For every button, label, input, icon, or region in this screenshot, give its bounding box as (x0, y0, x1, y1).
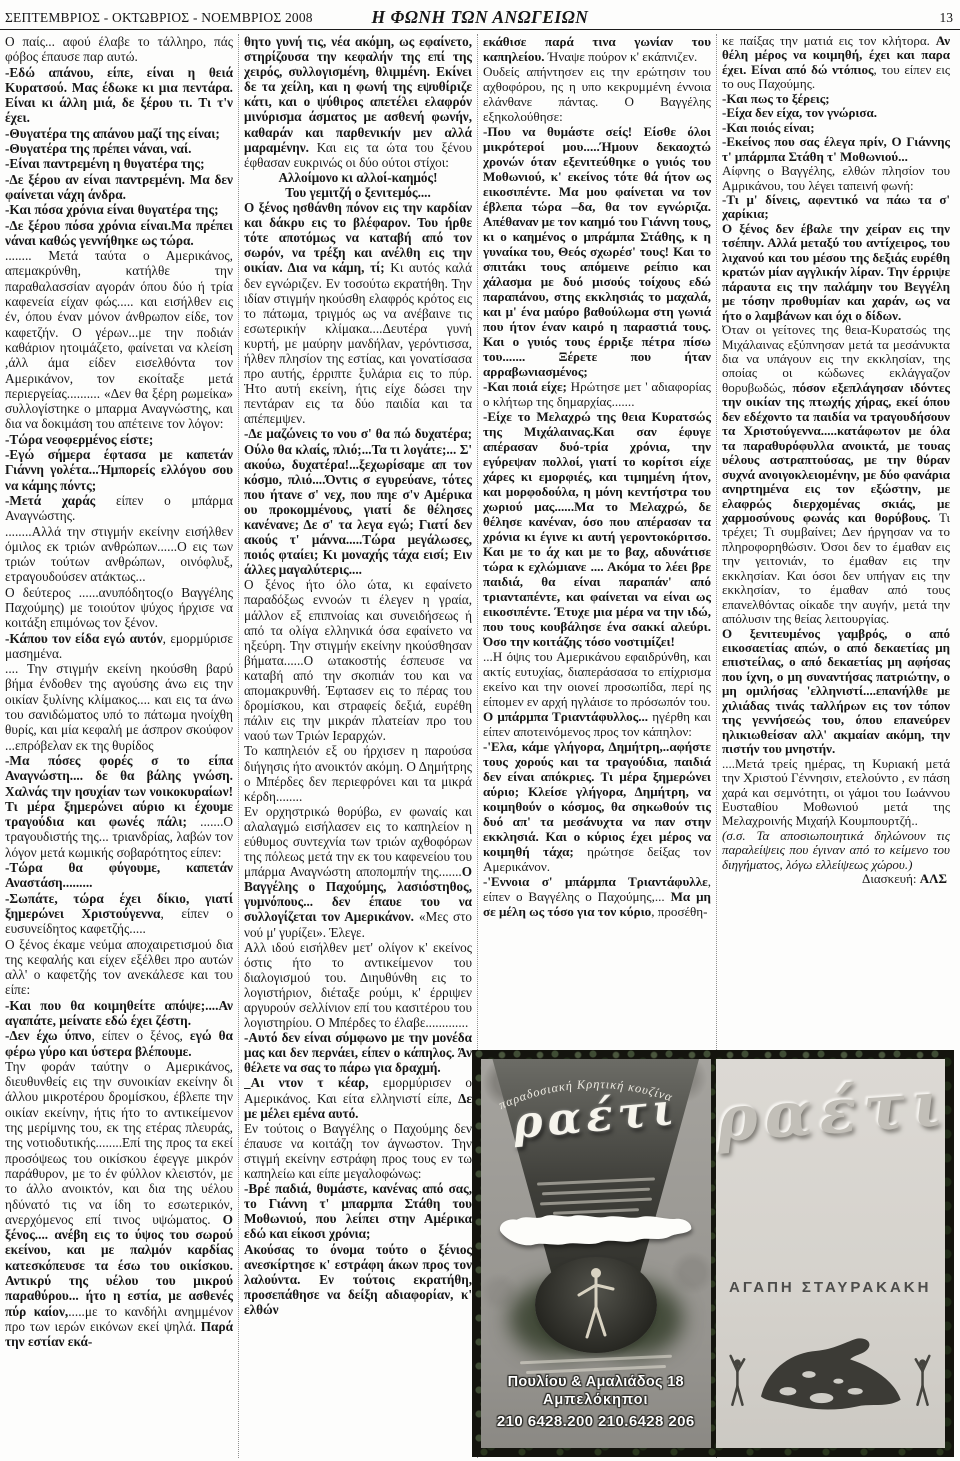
story-paragraph: ....Μετά τρείς ημέρας, τη Κυριακή μετά τ… (722, 757, 950, 829)
story-paragraph: -Είχε το Μελαχρώ της θεια Κυρατσώς της Μ… (483, 409, 711, 649)
raeti-ad-photo-panel: παραδοσιακή Κρητική κουζίνα ραέτι (481, 1059, 711, 1448)
story-text-segment: -Εδώ απάνου, είπε, είναι η θειά Κυρατσού… (5, 65, 233, 126)
story-text-segment: -Και που θα κοιμηθείτε απόψε;....Αν αγαπ… (5, 998, 233, 1028)
story-text-segment: -Δε ξέρου πόσα χρόνια είναι.Μα πρέπει νά… (5, 218, 233, 248)
story-text-segment: -Θυγατέρα της πρέπει νάναι, ναί. (5, 141, 191, 156)
story-text-segment: -Θυγατέρα της απάνου μαζί της είναι; (5, 126, 220, 141)
ad-owner-name: ΑΓΑΠΗ ΣΤΑΥΡΑΚΑΚΗ (716, 1279, 946, 1296)
ad-phone-numbers: 210 6428.200 210.6428 206 (481, 1413, 711, 1430)
flanking-figure-right (916, 1356, 929, 1405)
story-paragraph: -Δε ξέρου πόσα χρόνια είναι.Μα πρέπει νά… (5, 218, 233, 249)
story-paragraph: -Εκείνος που σας έλεγα πρίν, Ο Γιάννης τ… (722, 135, 950, 164)
story-paragraph: -Σωπάτε, τώρα έχει δίκιο, γιατί ξημερώνε… (5, 891, 233, 937)
story-paragraph: -Τώρα νεοφερμένος είστε; (5, 432, 233, 447)
story-text-segment: -Εγώ σήμερα έφτασα με καπετάν Γιάννη γολ… (5, 447, 233, 493)
story-paragraph: ...Η όψις του Αμερικάνου εφαιδρύνθη, και… (483, 649, 711, 709)
story-text-segment: .... Την στιγμήν εκείνη ηκούσθη βαρύ βήμ… (5, 661, 233, 752)
story-paragraph: -Και ποιός είναι; (722, 121, 950, 135)
story-text-segment: Την φοράν ταύτην ο Αμερικάνος, διευθυνθε… (5, 1059, 233, 1227)
story-paragraph: -Δε μαζώνεις το νου σ' θα πώ δυχατέρα; Ο… (244, 426, 472, 577)
story-text-segment: Εν ορχηστρικώ θορύβω, εν φωναίς και αλαλ… (244, 804, 472, 879)
story-text-segment: -'Ελα, κάμε γλήγορα, Δημήτρη,..αφήστε το… (483, 739, 711, 859)
story-paragraph: -Μετά χαράς είπεν ο μπάρμα Αναγνώστης. (5, 493, 233, 524)
newspaper-page: ΣΕΠΤΕΜΒΡΙΟΣ - ΟΚΤΩΒΡΙΟΣ - ΝΟΕΜΒΡΙΟΣ 2008… (0, 0, 960, 1461)
story-text-segment: -Τι μ' δίνεις, αφεντικό να πάω τα σ' χαρ… (722, 192, 950, 221)
story-text-segment: Διασκευή: (862, 871, 920, 886)
story-paragraph: Ο ξένος ησθάνθη πόνον εις την καρδίαν κα… (244, 200, 472, 426)
story-paragraph: -Θυγατέρα της απάνου μαζί της είναι; (5, 126, 233, 141)
story-text-segment: θητο γυνή τις, νέα ακόμη, ως εφαίνετο, σ… (244, 34, 472, 155)
story-paragraph: Ο ξενιτευμένος γαμβρός, ο από εικοσαετία… (722, 627, 950, 757)
story-text-segment: -Τώρα νεοφερμένος είστε; (5, 432, 153, 447)
story-text-segment: -Τώρα θα φύγουμε, καπετάν Αναστάση......… (5, 860, 233, 890)
story-text-segment: -Μετά χαράς (5, 493, 116, 508)
story-paragraph: -'Ελα, κάμε γλήγορα, Δημήτρη,..αφήστε το… (483, 739, 711, 874)
ad-address-area: Αμπελόκηποι (481, 1392, 711, 1408)
story-paragraph: -Δε ξέρου αν είναι παντρεμένη. Μα δεν φα… (5, 172, 233, 203)
story-text-segment: -Δε μαζώνεις το νου σ' θα πώ δυχατέρα; Ο… (244, 426, 472, 577)
story-paragraph: Αίφνης ο Βαγγέλης, ελθών πλησίον του Αμρ… (722, 164, 950, 193)
story-column-1: Ο παίς... αφού έλαβε το τάλληρο, πάς φόβ… (5, 34, 233, 1458)
story-paragraph: Ο ξένος ήτο όλο ώτα, κι εφαίνετο παραδόξ… (244, 577, 472, 743)
story-paragraph: -Θυγατέρα της πρέπει νάναι, ναί. (5, 141, 233, 156)
story-paragraph: -Και πως το ξέρεις; (722, 92, 950, 106)
masthead: Η ΦΩΝΗ ΤΩΝ ΑΝΩΓΕΙΩΝ (0, 7, 960, 28)
story-paragraph: -Και που θα κοιμηθείτε απόψε;....Αν αγαπ… (5, 998, 233, 1029)
story-paragraph: -Τώρα θα φύγουμε, καπετάν Αναστάση......… (5, 860, 233, 891)
story-text-segment: Αλλ ιδού εισήλθεν μετ' ολίγον κ' εκείνος… (244, 940, 472, 1030)
story-paragraph: .... Την στιγμήν εκείνη ηκούσθη βαρύ βήμ… (5, 661, 233, 753)
story-text-segment: Ο δεύτερος ......ανυπόδητος(ο Βαγγέλης Π… (5, 585, 233, 631)
story-text-segment: ........ Μετά ταύτα ο Αμερικάνος, απεμακ… (5, 248, 233, 431)
story-text-segment: -Είναι παντρεμένη η θυγατέρα της; (5, 156, 205, 171)
story-paragraph: κε παίξας την ματιά εις τον κλήτορα. Αν … (722, 34, 950, 92)
story-paragraph: -Εγώ σήμερα έφτασα με καπετάν Γιάννη γολ… (5, 447, 233, 493)
story-text-segment: Ο παίς... αφού έλαβε το τάλληρο, πάς φόβ… (5, 34, 233, 64)
story-paragraph: -Βρέ παδιά, θυμάστε, κανένας από σας, το… (244, 1181, 472, 1241)
story-paragraph: ........ Μετά ταύτα ο Αμερικάνος, απεμακ… (5, 248, 233, 432)
story-text-segment: -Και πως το ξέρεις; (722, 91, 830, 106)
story-text-segment: Τι τρέχει; Τι συμβαίνει; Δεν ήργησαν να … (722, 510, 950, 626)
story-paragraph: Αλλ ιδού εισήλθεν μετ' ολίγον κ' εκείνος… (244, 940, 472, 1031)
story-text-segment: -Δεν έχω ύπνο (5, 1028, 91, 1043)
story-paragraph: -Κάπου τον είδα εγώ αυτόν, εμορμύρισε μα… (5, 631, 233, 662)
story-text-segment: Ο ξένος.... ανέβη εις το ύψος του σωρού … (5, 1212, 233, 1319)
raeti-logo-embossed: ραέτι (716, 1067, 946, 1156)
story-text-segment: ...Η όψις του Αμερικάνου εφαιδρύνθη, και… (483, 649, 711, 709)
story-paragraph: -Τι μ' δίνεις, αφεντικό να πάω τα σ' χαρ… (722, 193, 950, 222)
page-header: ΣΕΠΤΕΜΒΡΙΟΣ - ΟΚΤΩΒΡΙΟΣ - ΝΟΕΜΒΡΙΟΣ 2008… (0, 0, 960, 30)
story-paragraph: Ακούσας το όνομα τούτο ο ξένιος ανεσκίρτ… (244, 1242, 472, 1317)
story-text-segment: ΑΛΣ (920, 871, 947, 886)
story-text-segment: -Και πόσα χρόνια είναι θυγατέρα της; (5, 202, 219, 217)
ad-address-street: Πουλίου & Αμαλιάδος 18 (481, 1374, 711, 1390)
story-paragraph: εκάθισε παρά τινα γωνίαν του καπηλείου. … (483, 34, 711, 64)
story-text-segment: -'Εννοια σ' μπάρμπα Τριαντάφυλλε (483, 874, 708, 889)
story-paragraph: -'Εννοια σ' μπάρμπα Τριαντάφυλλε, είπεν … (483, 874, 711, 919)
story-paragraph: ........Αλλά την στιγμήν εκείνην εισήλθε… (5, 524, 233, 585)
story-text-segment: πόσον εξεπλάγησαν ιδόντες την οικίαν της… (722, 380, 950, 525)
story-text-segment: Ο ξένος ήτο όλο ώτα, κι εφαίνετο παραδόξ… (244, 577, 472, 743)
story-text-segment: , είπεν ο ξένος, (91, 1028, 189, 1043)
story-text-segment: -Αυτό δεν είναι σύμφωνο με την μονέδα μα… (244, 1030, 472, 1075)
story-text-segment: Ήναψε πούρον κ' εκάπνιζεν. (545, 49, 698, 64)
page-number: 13 (940, 10, 954, 26)
story-paragraph: -Και ποιά είχε; Ηρώτησε μετ ' αδιαφορίας… (483, 379, 711, 409)
story-paragraph: -Δεν έχω ύπνο, είπεν ο ξένος, εγώ θα φέρ… (5, 1028, 233, 1059)
story-text-segment: (σ.σ. Τα αποσιωποιητικά δηλώνουν τις παρ… (722, 828, 950, 872)
story-text-segment: -Είχα δεν είχα, τον γνώρισα. (722, 105, 877, 120)
story-text-segment: -Κάπου τον είδα εγώ αυτόν (5, 631, 163, 646)
story-paragraph: Όταν οι γείτονες της θεια-Κυρατσώς της Μ… (722, 323, 950, 627)
story-paragraph: Εν ορχηστρικώ θορύβω, εν φωναίς και αλαλ… (244, 804, 472, 940)
story-text-segment: -Που να θυμάστε σείς! Είσθε όλοι μικρότε… (483, 124, 711, 379)
story-paragraph: -Είναι παντρεμένη η θυγατέρα της; (5, 156, 233, 171)
dancer-figure (573, 1265, 619, 1345)
story-paragraph: -Που να θυμάστε σείς! Είσθε όλοι μικρότε… (483, 124, 711, 379)
story-text-segment: Ο μπάρμπα Τριαντάφυλλος... (483, 709, 648, 724)
story-paragraph: Την φοράν ταύτην ο Αμερικάνος, διευθυνθε… (5, 1059, 233, 1350)
story-text-segment: -Είχε το Μελαχρώ της θεια Κυρατσώς της Μ… (483, 409, 711, 649)
story-paragraph: Εν τούτοις ο Βαγγέλης ο Παχούμης δεν έπα… (244, 1121, 472, 1181)
story-text-segment: ........Αλλά την στιγμήν εκείνην εισήλθε… (5, 524, 233, 585)
story-paragraph: -Αυτό δεν είναι σύμφωνο με την μονέδα μα… (244, 1030, 472, 1075)
story-text-segment: -Εκείνος που σας έλεγα πρίν, Ο Γιάννης τ… (722, 134, 950, 163)
story-column-2: θητο γυνή τις, νέα ακόμη, ως εφαίνετο, σ… (244, 34, 472, 1458)
story-paragraph: -Εδώ απάνου, είπε, είναι η θειά Κυρατσού… (5, 65, 233, 126)
cretan-dancer-medallion (535, 1257, 657, 1353)
story-paragraph: Ο ξένος έκαμε νεύμα αποχαιρετισμού δια τ… (5, 937, 233, 998)
crete-island-silhouette (486, 1205, 706, 1253)
story-paragraph: Ο δεύτερος ......ανυπόδητος(ο Βαγγέλης Π… (5, 585, 233, 631)
story-paragraph: Ο παίς... αφού έλαβε το τάλληρο, πάς φόβ… (5, 34, 233, 65)
story-paragraph: Ουδείς απήντησεν εις την ερώτησιν του αχ… (483, 64, 711, 124)
story-column-3: εκάθισε παρά τινα γωνίαν του καπηλείου. … (483, 34, 711, 1044)
story-text-segment: Ο ξένος δεν έβαλε την χείραν εις την τσέ… (722, 221, 950, 323)
story-text-segment: Εν τούτοις ο Βαγγέλης ο Παχούμης δεν έπα… (244, 1121, 472, 1181)
story-text-segment: κε παίξας την ματιά εις τον κλήτορα. (722, 34, 936, 48)
story-text-segment: Ακούσας το όνομα τούτο ο ξένιος ανεσκίρτ… (244, 1242, 472, 1317)
story-text-segment: Το καπηλειόν εξ ου ήρχισεν η παρούσα διή… (244, 743, 472, 803)
story-text-segment: Αλλοίμονο κι αλλοί-καημός! (279, 170, 438, 185)
story-text-segment: Ο ξένος έκαμε νεύμα αποχαιρετισμού δια τ… (5, 937, 233, 998)
story-text-segment: -Και ποιός είναι; (722, 120, 815, 135)
story-text-segment: -Βρέ παδιά, θυμάστε, κανένας από σας, το… (244, 1181, 472, 1241)
story-paragraph: Αλλοίμονο κι αλλοί-καημός! (244, 170, 472, 185)
story-paragraph: Ο ξένος δεν έβαλε την χείραν εις την τσέ… (722, 222, 950, 323)
story-paragraph: (σ.σ. Τα αποσιωποιητικά δηλώνουν τις παρ… (722, 829, 950, 872)
story-paragraph: Διασκευή: ΑΛΣ (722, 872, 950, 886)
story-paragraph: -Και πόσα χρόνια είναι θυγατέρα της; (5, 202, 233, 217)
story-text-segment: Του γεμιτζή ο ξενιτεμός.... (285, 185, 431, 200)
story-paragraph: -Μα πόσες φορές σ το είπα Αναγνώστη.... … (5, 753, 233, 860)
story-text-segment: ....Μετά τρείς ημέρας, τη Κυριακή μετά τ… (722, 756, 950, 829)
story-text-segment: -Μα πόσες φορές σ το είπα Αναγνώστη.... … (5, 753, 233, 829)
raeti-taverna-ad: παραδοσιακή Κρητική κουζίνα ραέτι (472, 1050, 954, 1457)
story-paragraph: -Είχα δεν είχα, τον γνώρισα. (722, 106, 950, 120)
story-paragraph: Ο μπάρμπα Τριαντάφυλλος... ηγέρθη και εί… (483, 709, 711, 739)
story-text-segment: -Και ποιά είχε; (483, 379, 567, 394)
story-text-segment: _Αι ντον τ κέαρ, (244, 1075, 383, 1090)
story-text-segment: Αίφνης ο Βαγγέλης, ελθών πλησίον του Αμρ… (722, 163, 950, 192)
horse-artwork (729, 1311, 931, 1443)
story-paragraph: _Αι ντον τ κέαρ, εμορμύρισεν ο Αμερικάνο… (244, 1075, 472, 1120)
raeti-ad-logo-panel: ραέτι ΑΓΑΠΗ ΣΤΑΥΡΑΚΑΚΗ (716, 1059, 946, 1448)
story-paragraph: θητο γυνή τις, νέα ακόμη, ως εφαίνετο, σ… (244, 34, 472, 170)
story-text-segment: -Δε ξέρου αν είναι παντρεμένη. Μα δεν φα… (5, 172, 233, 202)
story-text-segment: , προσέθη- (651, 904, 707, 919)
column-separator (238, 34, 239, 1458)
flanking-figure-left (731, 1356, 744, 1405)
ad-script-note (481, 1351, 711, 1370)
story-text-segment: Κι αυτός καλά δεν εγνώριζεν. Εν τοσούτω … (244, 260, 472, 426)
story-paragraph: Του γεμιτζή ο ξενιτεμός.... (244, 185, 472, 200)
story-text-segment: Ουδείς απήντησεν εις την ερώτησιν του αχ… (483, 64, 711, 124)
story-paragraph: Το καπηλειόν εξ ου ήρχισεν η παρούσα διή… (244, 743, 472, 803)
story-text-segment: Ο ξενιτευμένος γαμβρός, ο από εικοσαετία… (722, 626, 950, 757)
